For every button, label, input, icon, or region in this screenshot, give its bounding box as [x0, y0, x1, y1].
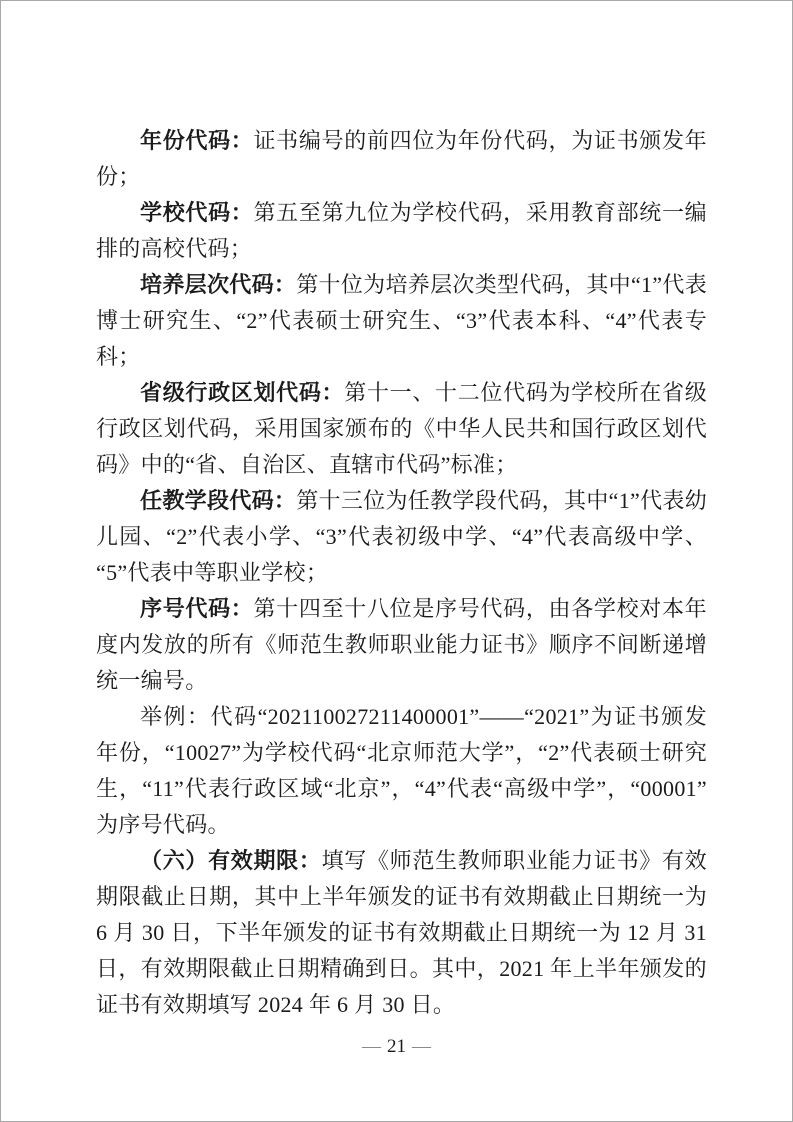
paragraph-teaching-stage-code-label: 任教学段代码：	[140, 488, 296, 513]
paragraph-teaching-stage-code: 任教学段代码：第十三位为任教学段代码，其中“1”代表幼儿园、“2”代表小学、“3…	[96, 483, 707, 591]
paragraph-training-level-code: 培养层次代码：第十位为培养层次类型代码，其中“1”代表博士研究生、“2”代表硕士…	[96, 267, 707, 375]
paragraph-serial-code-label: 序号代码：	[140, 596, 253, 621]
document-body: 年份代码：证书编号的前四位为年份代码，为证书颁发年份； 学校代码：第五至第九位为…	[96, 123, 707, 1023]
paragraph-year-code-label: 年份代码：	[140, 128, 253, 153]
footer-left-dash: —	[356, 1036, 387, 1057]
paragraph-serial-code: 序号代码：第十四至十八位是序号代码，由各学校对本年度内发放的所有《师范生教师职业…	[96, 591, 707, 699]
paragraph-province-code-label: 省级行政区划代码：	[140, 380, 344, 405]
paragraph-validity-period-label: （六）有效期限：	[140, 848, 322, 873]
paragraph-province-code: 省级行政区划代码：第十一、十二位代码为学校所在省级行政区划代码，采用国家颁布的《…	[96, 375, 707, 483]
paragraph-school-code-label: 学校代码：	[140, 200, 253, 225]
paragraph-validity-period: （六）有效期限：填写《师范生教师职业能力证书》有效期限截止日期，其中上半年颁发的…	[96, 843, 707, 1023]
page-number: 21	[387, 1036, 406, 1057]
paragraph-example-text: 举例：代码“202110027211400001”——“2021”为证书颁发年份…	[96, 704, 707, 837]
document-page: 年份代码：证书编号的前四位为年份代码，为证书颁发年份； 学校代码：第五至第九位为…	[0, 0, 793, 1122]
paragraph-validity-period-text: 填写《师范生教师职业能力证书》有效期限截止日期，其中上半年颁发的证书有效期截止日…	[96, 848, 707, 1017]
footer-right-dash: —	[406, 1036, 437, 1057]
paragraph-example: 举例：代码“202110027211400001”——“2021”为证书颁发年份…	[96, 699, 707, 843]
paragraph-training-level-code-label: 培养层次代码：	[140, 272, 296, 297]
paragraph-school-code: 学校代码：第五至第九位为学校代码，采用教育部统一编排的高校代码；	[96, 195, 707, 267]
paragraph-year-code: 年份代码：证书编号的前四位为年份代码，为证书颁发年份；	[96, 123, 707, 195]
page-footer: —21—	[1, 1033, 792, 1061]
